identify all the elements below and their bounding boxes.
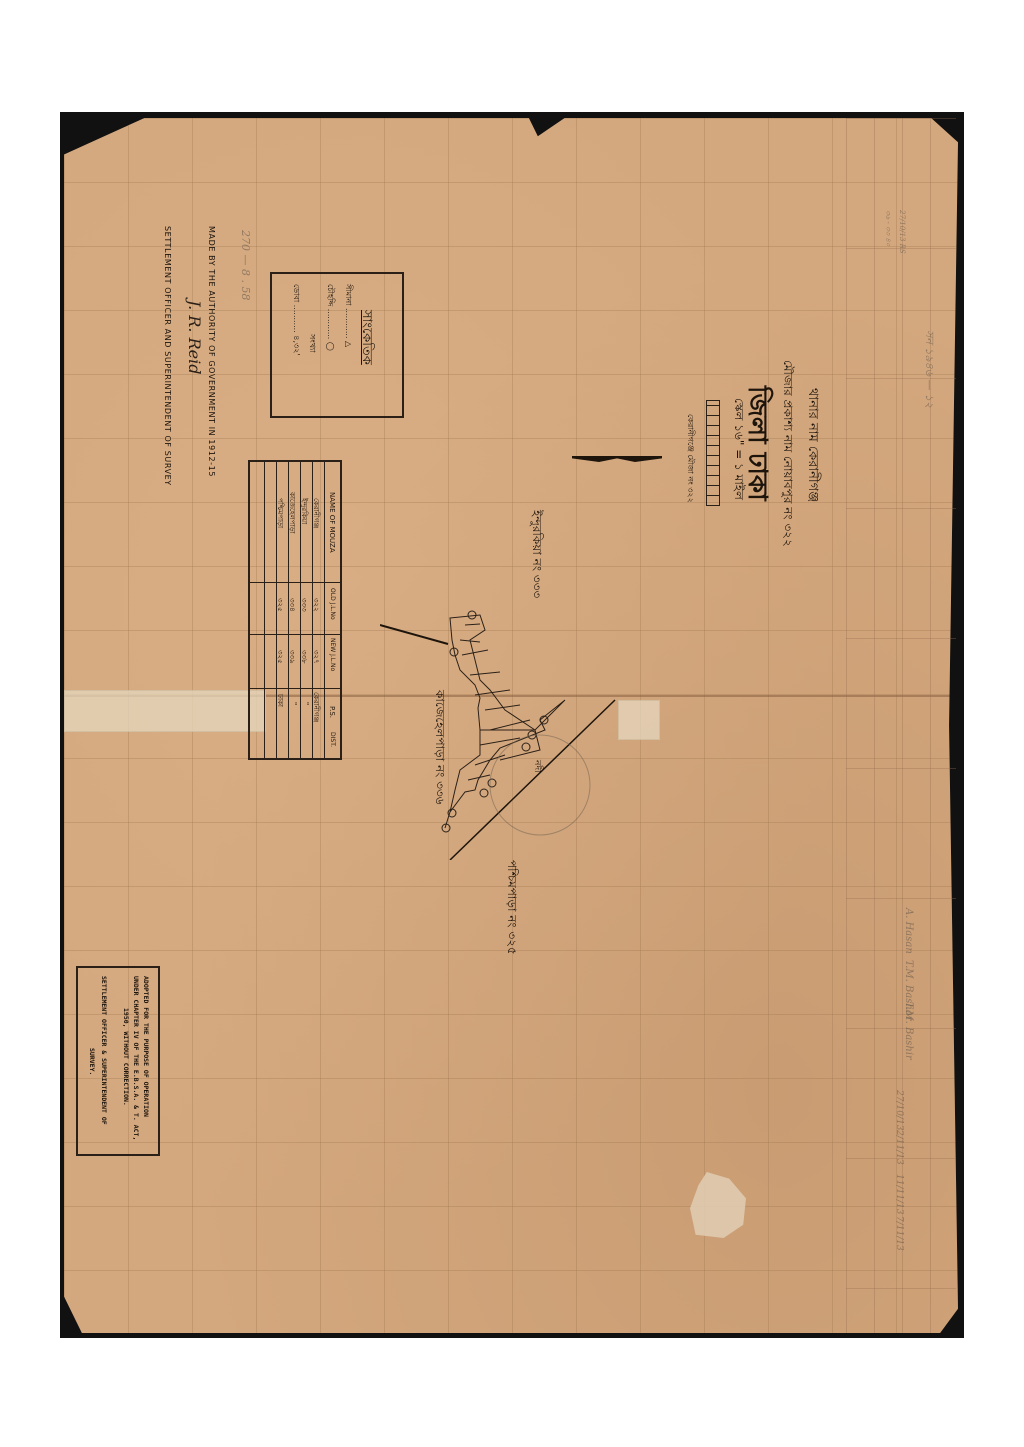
legend-row-boundary: সীমানা ............ △ xyxy=(341,284,354,347)
pencil-mark-left: 270 — 8 . 58 xyxy=(239,230,252,300)
stamp-line-5: SURVEY. xyxy=(88,1048,96,1075)
table-cell: " xyxy=(302,702,310,705)
legend-box: সাংকেতিক সীমানা ............ △ চৌহদ্দি .… xyxy=(270,272,404,418)
margin-date-2: 2/11/13 xyxy=(894,1130,904,1165)
margin-date-3: 11/11/13 xyxy=(894,1174,904,1214)
mouza-line: মৌজার প্রকাশ্য নাম নোয়াবপুর নং ৩২২ xyxy=(776,360,796,547)
label-west-adjacent-mouza: কাজেহেলপাড়া নং ৩৩৬ xyxy=(428,690,448,805)
tape-left xyxy=(64,690,266,732)
table-cell: ঢাকা xyxy=(274,694,286,707)
mouza-table: NAME OF MOUZA OLD J.L.No NEW J.L.No P.S.… xyxy=(248,460,342,760)
mouza-plot-map xyxy=(380,580,620,860)
table-header-name: NAME OF MOUZA xyxy=(328,492,336,553)
scale-bar xyxy=(706,400,720,506)
table-row: ইন্দুরকিয়া xyxy=(298,498,310,524)
table-header-dist: DIST. xyxy=(329,732,336,747)
legend-title: সাংকেতিক xyxy=(355,310,376,365)
stamp-line-2: UNDER CHAPTER IV OF THE E.B.S.A. & T. AC… xyxy=(132,976,140,1140)
stamp-line-3: 1950, WITHOUT CORRECTION. xyxy=(122,1008,130,1106)
margin-name-3: T.M. Bashir xyxy=(903,1002,914,1060)
table-cell: কেরানীগঞ্জ xyxy=(310,692,322,722)
legend-row-trijunction: চৌহদ্দি ............ ◯ xyxy=(323,284,336,351)
margin-pencil-note-2: ৩৬ - ৩৩ ৪০ xyxy=(882,210,894,246)
scale-bar-caption: কেরানীগঞ্জে মৌজা নং ৩২২ xyxy=(683,414,696,503)
table-cell: ৩২৫ xyxy=(274,598,286,612)
table-cell: " xyxy=(290,702,298,705)
table-row: পশ্চিমপাড়া xyxy=(274,498,286,528)
table-cell: ৩২৭ xyxy=(310,650,322,664)
table-cell: ৩২২ xyxy=(310,598,322,612)
table-cell: ৩৩৮ xyxy=(298,650,310,664)
table-cell: ৩৩৯ xyxy=(286,650,298,664)
table-cell: ৩৩৪ xyxy=(286,598,298,612)
stamp-line-1: ADOPTED FOR THE PURPOSE OF OPERATION xyxy=(142,976,150,1117)
settlement-officer-line: SETTLEMENT OFFICER AND SUPERINTENDENT OF… xyxy=(163,226,172,486)
legend-row-number: সংখ্যা xyxy=(305,334,318,353)
margin-pencil-top: সন ১৯৪৬ — ১২ xyxy=(919,330,938,408)
tape-center xyxy=(618,700,660,740)
margin-pencil-note-1: 27/10/13 RS xyxy=(898,210,906,254)
table-header-new-jl: NEW J.L.No xyxy=(329,638,336,671)
label-south-adjacent-mouza: পশ্চিমপাড়া নং ৩২৫ xyxy=(500,860,520,955)
officer-signature: J. R. Reid xyxy=(185,300,204,374)
table-row: কেরানীগঞ্জ xyxy=(310,498,322,528)
legend-row-area: ডোবা ........... ৪,৩২' xyxy=(289,284,302,356)
table-cell: ৩৩৩ xyxy=(298,598,310,612)
table-row: কাজেহেলপাড়া xyxy=(286,492,298,534)
label-river: নদী xyxy=(530,760,545,773)
label-north-adjacent-mouza: ইন্দুরকিয়া নং ৩৩৩ xyxy=(525,510,545,598)
table-header-ps: P.S. xyxy=(328,706,336,718)
adoption-stamp: ADOPTED FOR THE PURPOSE OF OPERATION UND… xyxy=(76,966,160,1156)
margin-name-1: A. Hasan xyxy=(903,908,914,954)
authority-line: MADE BY THE AUTHORITY OF GOVERNMENT IN 1… xyxy=(207,226,216,477)
table-header-old-jl: OLD J.L.No xyxy=(329,588,336,620)
stamp-line-4: SETTLEMENT OFFICER & SUPERINTENDENT OF xyxy=(100,976,108,1125)
thana-line: থানার নাম কেরানীগঞ্জ xyxy=(801,388,822,502)
margin-date-1: 27/10/13 xyxy=(894,1090,904,1130)
table-cell: ৩২৫ xyxy=(274,650,286,664)
margin-date-4: 7/11/13 xyxy=(894,1216,904,1251)
scale-text: স্কেল ১৬" = ১ মাইল xyxy=(727,398,747,500)
